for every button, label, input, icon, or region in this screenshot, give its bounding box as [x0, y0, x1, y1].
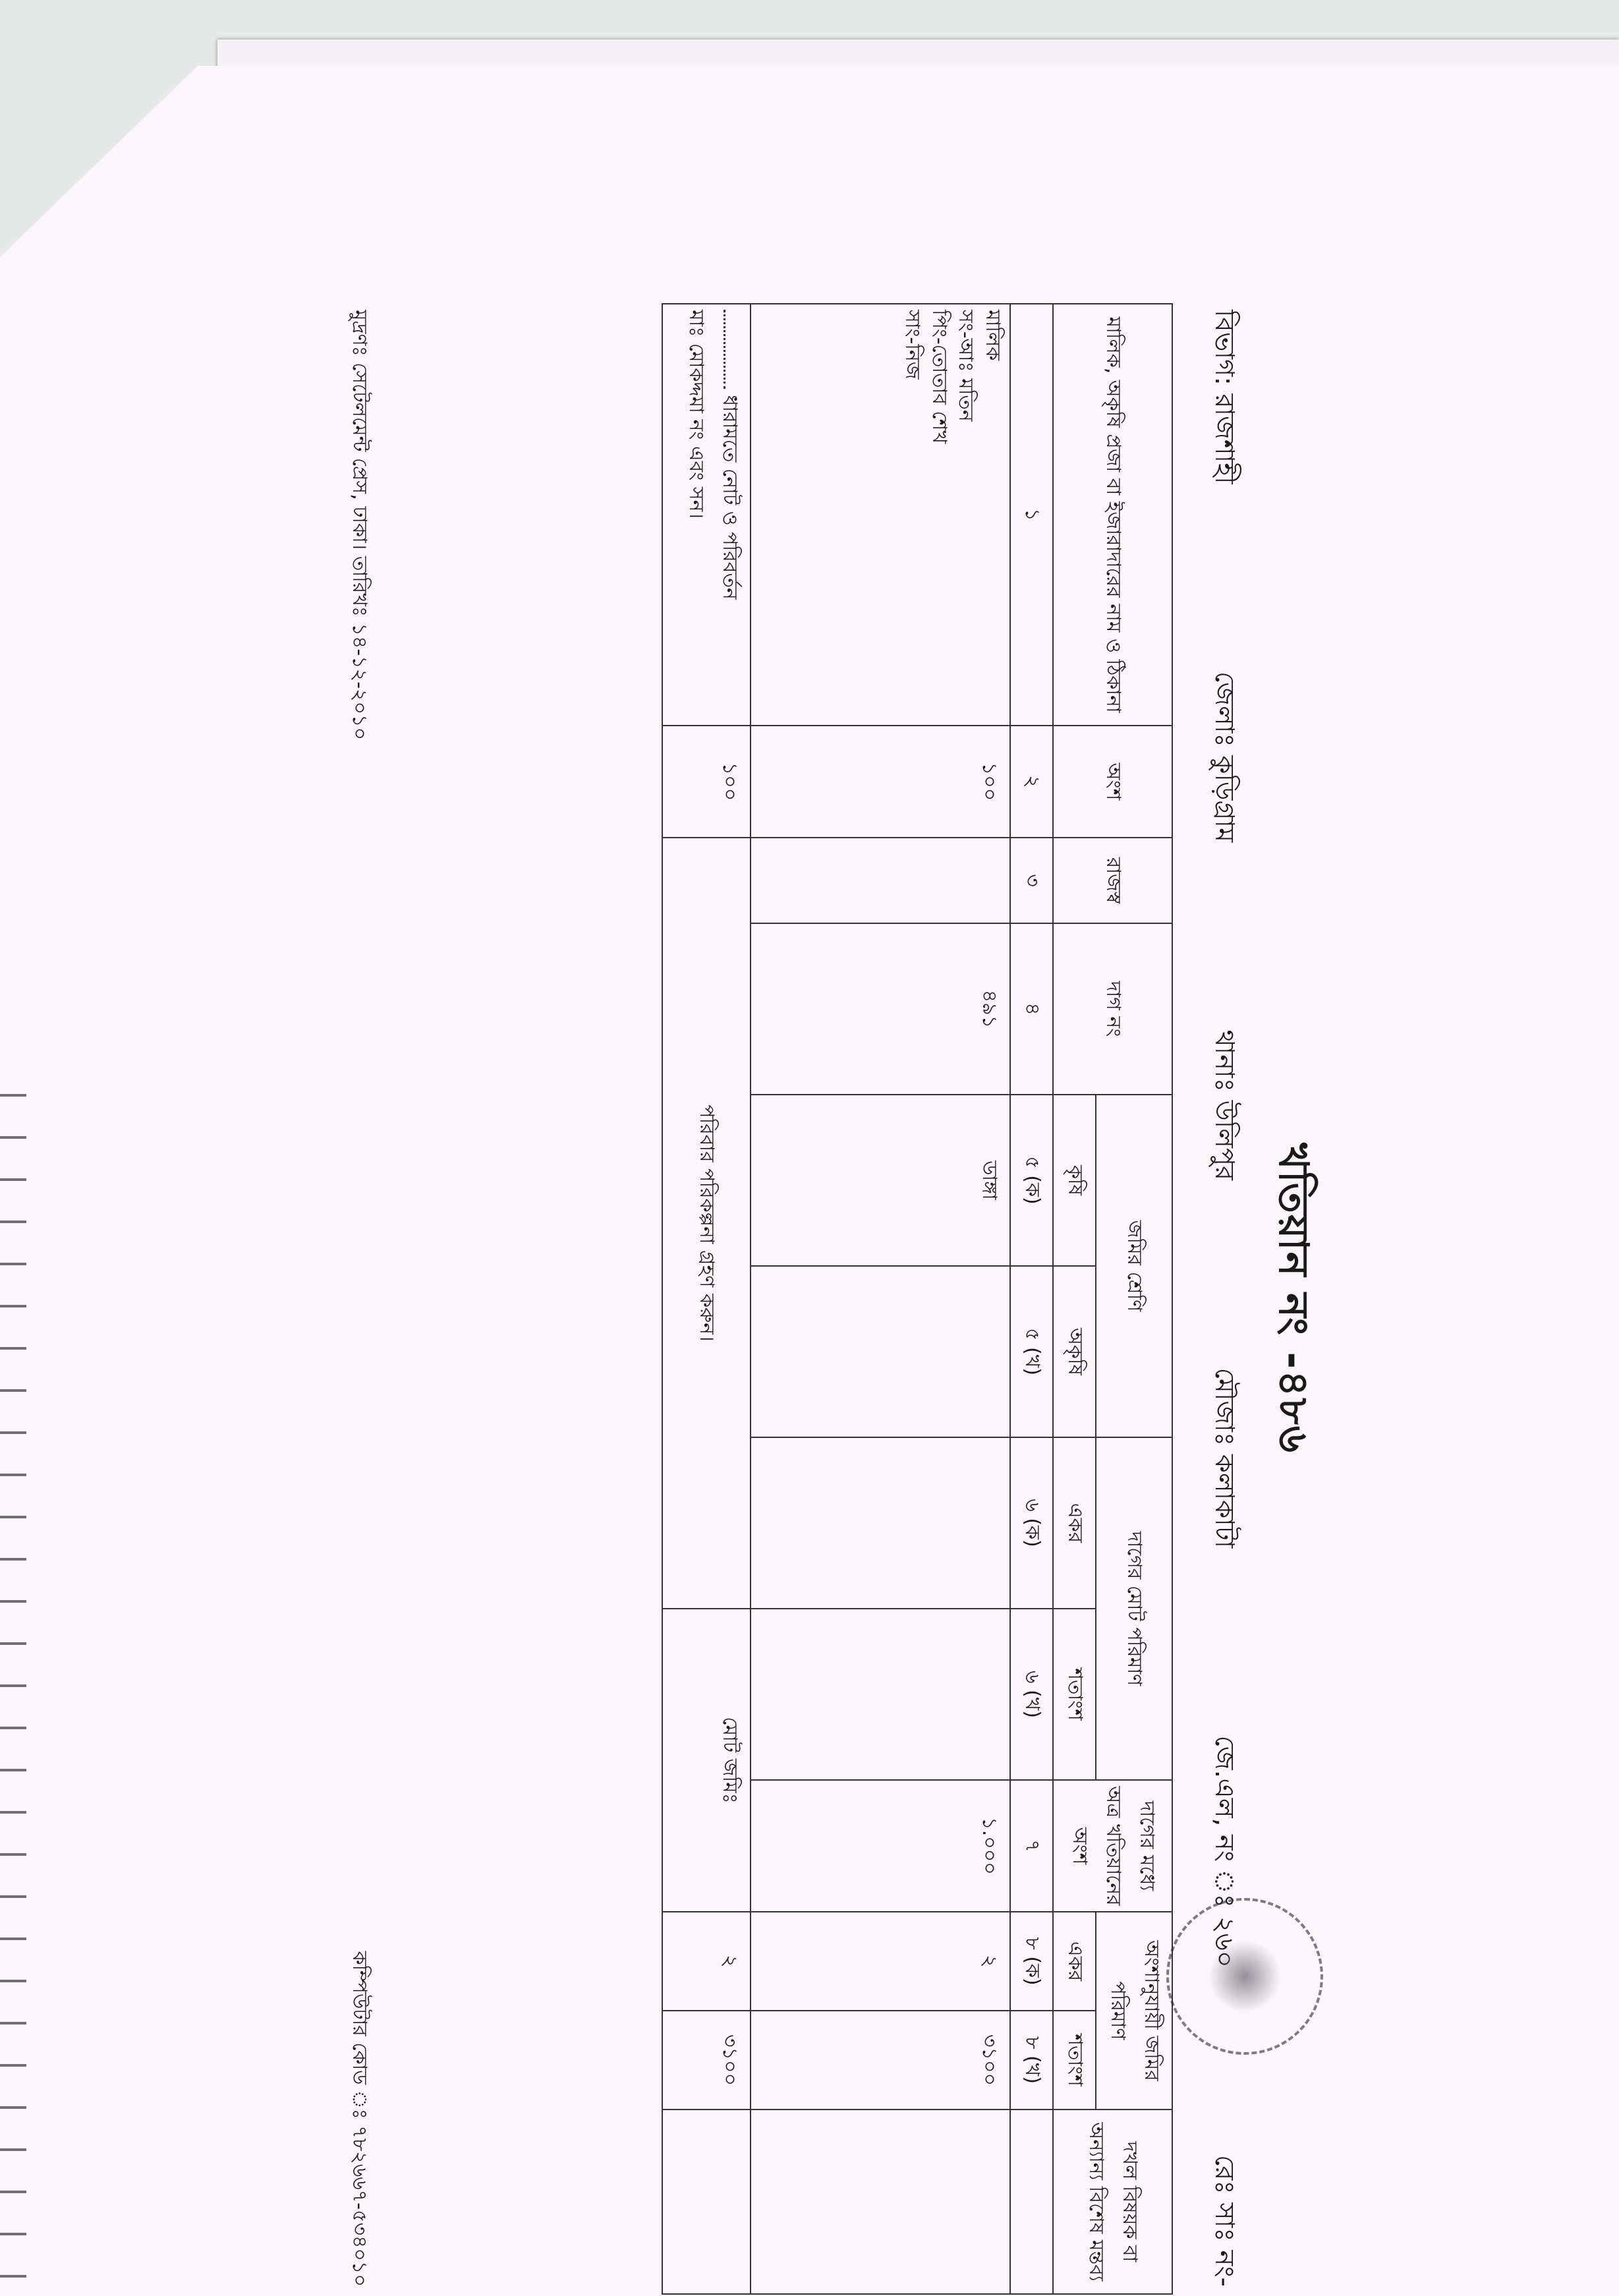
owner-line: সং-আঃ মতিন [952, 310, 979, 720]
khatian-share-cell: ১.০০০ [751, 1780, 1010, 1912]
total-row: ধারামতে নোট ও পরিবর্তন মাঃ মোকদ্দমা নং এ… [662, 304, 751, 2294]
header-dag-total-area: দাগের মোট পরিমাণ [1096, 1437, 1172, 1780]
resa-number: রেঃ সাঃ নং- [1201, 2155, 1245, 2287]
total-notes-cell [662, 2109, 751, 2294]
case-note: মাঃ মোকদ্দমা নং এবং সন। [679, 310, 712, 720]
colnum-share-shotangsho: ৮ (খ) [1010, 2011, 1053, 2109]
header-land-by-share: অংশানুযায়ী জমির পরিমাণ [1096, 1912, 1172, 2109]
header-share: অংশ [1053, 726, 1172, 838]
colnum-dag: ৪ [1010, 923, 1053, 1095]
header-dag-no: দাগ নং [1053, 923, 1172, 1095]
header-row: মালিক, অকৃষি প্রজা বা ইজারাদারের নাম ও ঠ… [1096, 304, 1172, 2294]
share-shotangsho-cell: ৩১০০ [751, 2011, 1010, 2109]
colnum-owner: ১ [1010, 304, 1053, 726]
shotangsho-cell [751, 1609, 1010, 1780]
division: বিভাগ: রাজশাহী [1201, 310, 1245, 484]
header-share-shotangsho: শতাংশ [1053, 2011, 1096, 2109]
computer-code: কম্পিউটার কোড ঃ ৭৮২৬৬৭-৫৩৪০১০ [342, 1951, 376, 2287]
footer: মুদ্রণঃ সেটেলমেন্ট প্রেস, ঢাকা। তারিখঃ ১… [342, 303, 376, 2293]
header-land-class: জমির শ্রেণি [1096, 1095, 1172, 1437]
owner-cell: মালিক সং-আঃ মতিন পিং-তোতাব শেখ সাং-নিজ [751, 304, 1010, 726]
press-info: মুদ্রণঃ সেটেলমেন্ট প্রেস, ঢাকা। তারিখঃ ১… [342, 310, 376, 740]
family-plan-note: পরিবার পরিকল্পনা গ্রহণ করুন। [662, 838, 751, 1609]
ruler-margin [0, 1054, 26, 2293]
share-cell: ১০০ [751, 726, 1010, 838]
column-number-row: ১ ২ ৩ ৪ ৫ (ক) ৫ (খ) ৬ (ক) ৬ (খ) ৭ ৮ (ক) … [1010, 304, 1053, 2294]
owner-line: পিং-তোতাব শেখ [926, 310, 953, 720]
colnum-agri: ৫ (ক) [1010, 1095, 1053, 1266]
colnum-nonagri: ৫ (খ) [1010, 1266, 1053, 1437]
owner-line: সাং-নিজ [899, 310, 926, 720]
colnum-notes [1010, 2109, 1053, 2294]
case-note-cell: ধারামতে নোট ও পরিবর্তন মাঃ মোকদ্দমা নং এ… [662, 304, 751, 726]
colnum-acre: ৬ (ক) [1010, 1437, 1053, 1609]
change-note: ধারামতে নোট ও পরিবর্তন [718, 395, 741, 600]
colnum-khatian-share: ৭ [1010, 1780, 1053, 1912]
total-shotangsho: ৩১০০ [662, 2011, 751, 2109]
colnum-share: ২ [1010, 726, 1053, 838]
khatian-table: মালিক, অকৃষি প্রজা বা ইজারাদারের নাম ও ঠ… [662, 303, 1173, 2295]
header-possession-notes: দখল বিষয়ক বা অন্যান্য বিশেষ মন্তব্য [1053, 2109, 1172, 2294]
header-shotangsho: শতাংশ [1053, 1609, 1096, 1780]
district: জেলাঃ কুড়িগ্রাম [1201, 672, 1245, 842]
colnum-shotangsho: ৬ (খ) [1010, 1609, 1053, 1780]
official-seal-stamp [1166, 1898, 1323, 2055]
share-acre-cell: ২ [751, 1912, 1010, 2011]
header-revenue: রাজস্ব [1053, 838, 1172, 923]
header-nonagri: অকৃষি [1053, 1266, 1096, 1437]
header-share-acre: একর [1053, 1912, 1096, 2011]
header-owner: মালিক, অকৃষি প্রজা বা ইজারাদারের নাম ও ঠ… [1053, 304, 1172, 726]
acre-cell [751, 1437, 1010, 1609]
thana: থানাঃ উলিপুর [1201, 1030, 1245, 1181]
notes-cell [751, 2109, 1010, 2294]
total-land-label: মোট জমিঃ [662, 1609, 751, 1912]
dag-no-cell: ৪৯১ [751, 923, 1010, 1095]
nonagri-cell [751, 1266, 1010, 1437]
colnum-revenue: ৩ [1010, 838, 1053, 923]
table-row: মালিক সং-আঃ মতিন পিং-তোতাব শেখ সাং-নিজ ১… [751, 304, 1010, 2294]
mouza: মৌজাঃ কলাকাটা [1201, 1368, 1245, 1549]
owner-line: মালিক [979, 310, 1006, 720]
header-acre: একর [1053, 1437, 1096, 1609]
header-agri: কৃষি [1053, 1095, 1096, 1266]
total-acre: ২ [662, 1912, 751, 2011]
revenue-cell [751, 838, 1010, 923]
colnum-share-acre: ৮ (ক) [1010, 1912, 1053, 2011]
agri-cell: ডাঙ্গা [751, 1095, 1010, 1266]
share-total: ১০০ [662, 726, 751, 838]
header-khatian-share: দাগের মধ্যে অত্র খতিয়ানের অংশ [1053, 1780, 1172, 1912]
